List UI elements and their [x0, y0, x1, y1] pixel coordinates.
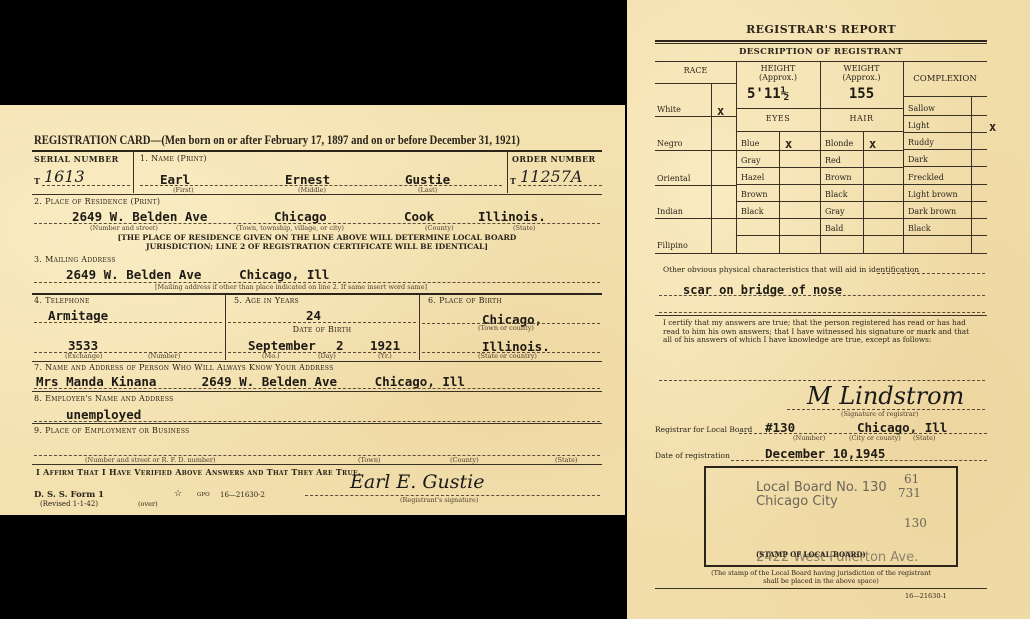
local-board-label: Registrar for Local Board [655, 425, 752, 434]
stamp-caption: (STAMP OF LOCAL BOARD) [756, 550, 866, 559]
eyes-blue-mark: x [785, 137, 792, 151]
telephone-label: 4. Telephone [34, 296, 90, 305]
serial-label: SERIAL NUMBER [34, 154, 119, 164]
star-icon: ☆ [174, 489, 182, 499]
form-revised: (Revised 1-1-42) [40, 500, 98, 508]
employer-value: unemployed [66, 407, 141, 422]
telephone-exchange: Armitage [48, 308, 108, 323]
residence-town: Chicago [274, 209, 327, 224]
dob-year: 1921 [370, 338, 400, 353]
stamp-note: (The stamp of the Local Board having jur… [655, 569, 987, 585]
local-board-stamp: Local Board No. 130 Chicago City 61 731 … [704, 466, 958, 567]
dob-month: September [248, 338, 316, 353]
mailing-address: 2649 W. Belden Ave Chicago, Ill [66, 267, 329, 282]
race-header: RACE [655, 66, 736, 75]
form-code: 16—21630-2 [220, 491, 265, 499]
registrar-signature: M Lindstrom [807, 382, 964, 410]
eyes-header: EYES [736, 114, 820, 123]
date-of-registration-value: December 10,1945 [765, 446, 885, 461]
height-value: 5'11½ [747, 86, 789, 102]
residence-street: 2649 W. Belden Ave [72, 209, 207, 224]
stamp-line1: Local Board No. 130 [756, 480, 887, 495]
back-form-code: 16—21630-1 [905, 592, 947, 600]
age-value: 24 [306, 308, 321, 323]
weight-header: WEIGHT(Approx.) [820, 64, 903, 82]
employment-place-label: 9. Place of Employment or Business [34, 426, 190, 435]
telephone-number: 3533 [68, 338, 98, 353]
contact-value: Mrs Manda Kinana 2649 W. Belden Ave Chic… [36, 374, 465, 389]
serial-number: 1613 [44, 167, 85, 186]
registrar-report-back: REGISTRAR'S REPORT DESCRIPTION OF REGIST… [627, 0, 1030, 619]
residence-notice: [THE PLACE OF RESIDENCE GIVEN ON THE LIN… [32, 233, 602, 251]
card-title: REGISTRATION CARD—(Men born on or after … [34, 133, 520, 148]
mailing-label: 3. Mailing Address [34, 255, 116, 264]
complexion-header: COMPLEXION [903, 74, 987, 84]
residence-county: Cook [404, 209, 434, 224]
certification-text: I certify that my answers are true; that… [663, 319, 969, 345]
dob-label: Date of Birth [228, 325, 416, 334]
hair-header: HAIR [820, 114, 903, 123]
residence-state: Illinois. [478, 209, 546, 224]
complexion-light-mark: x [989, 120, 996, 134]
order-label: ORDER NUMBER [512, 154, 596, 164]
hair-blonde-mark: x [869, 137, 876, 151]
registration-card-front: REGISTRATION CARD—(Men born on or after … [0, 105, 625, 515]
description-title: DESCRIPTION OF REGISTRANT [655, 47, 987, 57]
report-title: REGISTRAR'S REPORT [655, 23, 987, 36]
registrant-signature: Earl E. Gustie [350, 471, 484, 493]
form-name: D. S. S. Form 1 [34, 490, 104, 500]
residence-label: 2. Place of Residence (Print) [34, 197, 160, 206]
weight-value: 155 [820, 86, 903, 102]
age-label: 5. Age in Years [234, 296, 299, 305]
name-label: 1. Name (Print) [140, 154, 207, 163]
stamp-line2: Chicago City [756, 494, 838, 509]
birthplace-label: 6. Place of Birth [428, 296, 502, 305]
over-note: (over) [138, 500, 158, 508]
employer-label: 8. Employer's Name and Address [34, 394, 174, 403]
order-number: 11257A [520, 167, 582, 186]
contact-label: 7. Name and Address of Person Who Will A… [34, 363, 334, 372]
height-header: HEIGHT(Approx.) [736, 64, 820, 82]
date-of-registration-label: Date of registration [655, 451, 730, 460]
affirmation-text: I Affirm That I Have Verified Above Answ… [36, 467, 361, 477]
dob-day: 2 [336, 338, 344, 353]
